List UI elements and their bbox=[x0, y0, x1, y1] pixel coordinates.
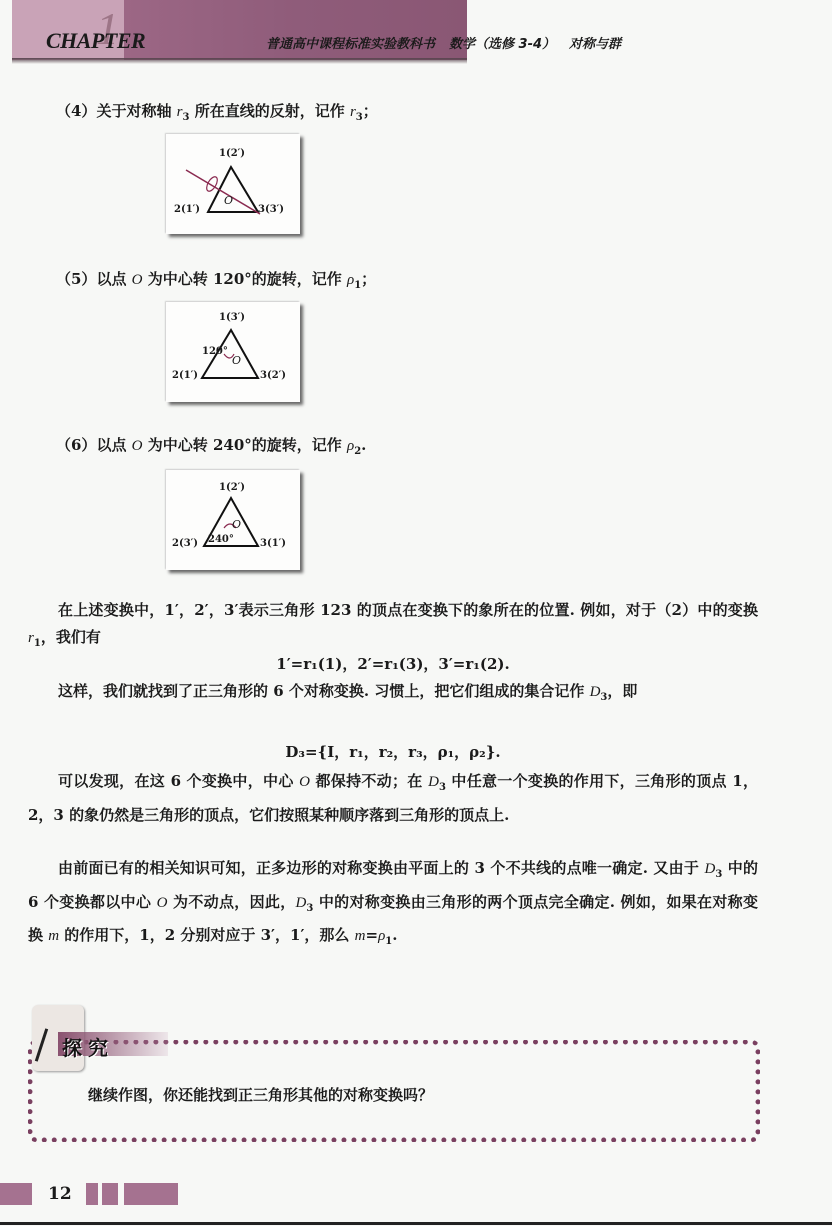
equation-1: 1′=r₁(1)，2′=r₁(3)，3′=r₁(2). bbox=[28, 651, 758, 678]
symbol: D bbox=[590, 684, 601, 700]
figure-rotation-240: 1(2′) 2(3′) 3(1′) 240° O bbox=[166, 470, 300, 570]
angle-label: 120° bbox=[202, 346, 228, 357]
item-text: 为中心转 120°的旋转，记作 bbox=[143, 270, 347, 288]
symbol: O bbox=[299, 774, 310, 790]
item-text: ； bbox=[363, 102, 378, 120]
subject: 数学（选修 3-4） bbox=[449, 37, 555, 52]
item-number: （4） bbox=[56, 102, 96, 120]
item-number: （6） bbox=[56, 436, 96, 454]
book-title: 普通高中课程标准实验教科书 bbox=[266, 37, 435, 52]
figure-reflection-r3: 1(2′) 2(1′) 3(3′) O bbox=[166, 134, 300, 234]
equation-2: D₃={I，r₁，r₂，r₃，ρ₁，ρ₂}. bbox=[28, 739, 758, 766]
text: 的作用下，1，2 分别对应于 3′，1′，那么 bbox=[59, 926, 355, 944]
text: 都保持不动；在 bbox=[310, 772, 428, 790]
item-5: （5）以点 O 为中心转 120°的旋转，记作 ρ1； bbox=[56, 268, 376, 291]
topic: 对称与群 bbox=[569, 37, 621, 52]
running-title: 普通高中课程标准实验教科书数学（选修 3-4）对称与群 bbox=[266, 33, 635, 52]
vertex-label-right: 3(3′) bbox=[258, 204, 284, 215]
item-text: 以点 bbox=[96, 270, 131, 288]
subscript: 3 bbox=[439, 782, 446, 793]
item-text: ； bbox=[361, 270, 376, 288]
item-text: . bbox=[361, 436, 366, 454]
text: ，我们有 bbox=[41, 628, 101, 646]
item-4: （4）关于对称轴 r3 所在直线的反射，记作 r3； bbox=[56, 100, 378, 123]
item-6: （6）以点 O 为中心转 240°的旋转，记作 ρ2. bbox=[56, 434, 366, 457]
footer-block bbox=[102, 1183, 118, 1205]
symbol: m bbox=[48, 928, 59, 944]
subscript: 1 bbox=[34, 638, 41, 649]
page-edge bbox=[0, 1222, 832, 1225]
item-text: 所在直线的反射，记作 bbox=[189, 102, 349, 120]
page-number: 12 bbox=[48, 1184, 72, 1204]
symbol: D bbox=[705, 861, 716, 877]
figure-rotation-120: 1(3′) 2(1′) 3(2′) 120° O bbox=[166, 302, 300, 402]
symbol: O bbox=[157, 895, 168, 911]
symbol: O bbox=[132, 438, 143, 454]
text: 在上述变换中，1′，2′，3′表示三角形 123 的顶点在变换下的象所在的位置.… bbox=[58, 601, 758, 619]
angle-label: 240° bbox=[208, 534, 234, 545]
vertex-label-right: 3(2′) bbox=[260, 370, 286, 381]
vertex-label-left: 2(3′) bbox=[172, 538, 198, 549]
center-label: O bbox=[224, 194, 233, 207]
chapter-label: CHAPTER bbox=[46, 28, 145, 54]
text: 这样，我们就找到了正三角形的 6 个对称变换. 习惯上，把它们组成的集合记作 bbox=[58, 682, 590, 700]
text: ，即 bbox=[607, 682, 637, 700]
item-text: 为中心转 240°的旋转，记作 bbox=[143, 436, 347, 454]
vertex-label-left: 2(1′) bbox=[172, 370, 198, 381]
paragraph-1: 在上述变换中，1′，2′，3′表示三角形 123 的顶点在变换下的象所在的位置.… bbox=[28, 597, 758, 657]
item-text: 以点 bbox=[96, 436, 131, 454]
item-text: 关于对称轴 bbox=[96, 102, 176, 120]
symbol: D bbox=[428, 774, 439, 790]
footer-block bbox=[86, 1183, 98, 1205]
footer-block-left bbox=[0, 1183, 32, 1205]
vertex-label-right: 3(1′) bbox=[260, 538, 286, 549]
item-number: （5） bbox=[56, 270, 96, 288]
center-label: O bbox=[232, 518, 241, 531]
symbol: m bbox=[355, 928, 366, 944]
explore-question: 继续作图，你还能找到正三角形其他的对称变换吗？ bbox=[88, 1084, 433, 1105]
vertex-label-top: 1(3′) bbox=[219, 312, 245, 323]
text: 为不动点，因此， bbox=[168, 893, 296, 911]
symbol: D bbox=[296, 895, 307, 911]
text: . bbox=[392, 926, 397, 944]
vertex-label-top: 1(2′) bbox=[219, 482, 245, 493]
paragraph-2: 这样，我们就找到了正三角形的 6 个对称变换. 习惯上，把它们组成的集合记作 D… bbox=[28, 678, 758, 712]
text: = bbox=[365, 926, 378, 944]
header-shadow bbox=[12, 58, 467, 64]
subscript: 3 bbox=[356, 112, 363, 123]
paragraph-3: 可以发现，在这 6 个变换中，中心 O 都保持不动；在 D3 中任意一个变换的作… bbox=[28, 768, 758, 828]
footer-block bbox=[124, 1183, 178, 1205]
explore-title: 探究 bbox=[62, 1032, 114, 1061]
center-label: O bbox=[232, 354, 241, 367]
text: 由前面已有的相关知识可知，正多边形的对称变换由平面上的 3 个不共线的点唯一确定… bbox=[58, 859, 705, 877]
text: 可以发现，在这 6 个变换中，中心 bbox=[58, 772, 299, 790]
symbol: O bbox=[132, 272, 143, 288]
vertex-label-top: 1(2′) bbox=[219, 148, 245, 159]
paragraph-4: 由前面已有的相关知识可知，正多边形的对称变换由平面上的 3 个不共线的点唯一确定… bbox=[28, 855, 758, 956]
vertex-label-left: 2(1′) bbox=[174, 204, 200, 215]
